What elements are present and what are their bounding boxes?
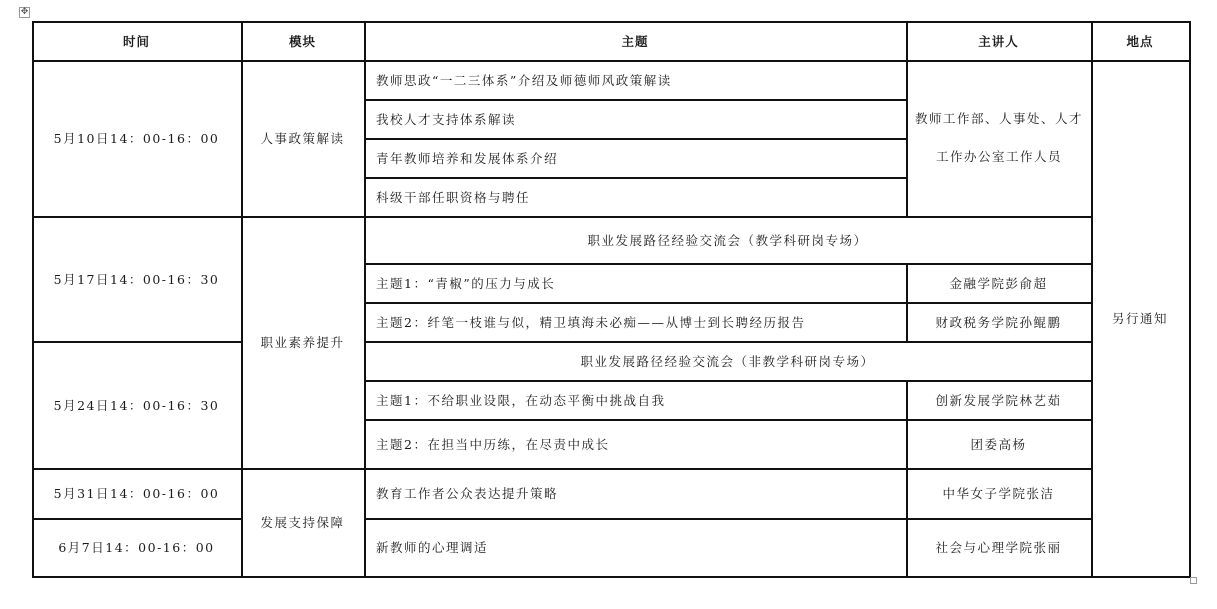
- speaker-cell: 金融学院彭俞超: [906, 263, 1091, 302]
- border: [32, 576, 1190, 578]
- header-time: 时间: [32, 21, 241, 60]
- topic-cell: 青年教师培养和发展体系介绍: [364, 138, 906, 177]
- location-cell: 另行通知: [1091, 60, 1189, 576]
- time-cell: 5月24日14：00-16：30: [32, 341, 241, 468]
- module-cell: 人事政策解读: [241, 60, 364, 216]
- border: [1189, 21, 1191, 577]
- time-cell: 5月10日14：00-16：00: [32, 60, 241, 216]
- section-title: 职业发展路径经验交流会（教学科研岗专场）: [364, 216, 1091, 263]
- speaker-cell: 创新发展学院林艺茹: [906, 380, 1091, 419]
- topic-cell: 主题1：不给职业设限，在动态平衡中挑战自我: [364, 380, 906, 419]
- topic-cell: 我校人才支持体系解读: [364, 99, 906, 138]
- header-speaker: 主讲人: [906, 21, 1091, 60]
- module-cell: 发展支持保障: [241, 468, 364, 576]
- time-cell: 5月31日14：00-16：00: [32, 468, 241, 518]
- topic-cell: 新教师的心理调适: [364, 518, 906, 576]
- topic-cell: 科级干部任职资格与聘任: [364, 177, 906, 216]
- speaker-cell: 社会与心理学院张丽: [906, 518, 1091, 576]
- topic-cell: 主题2：纤笔一枝谁与似，精卫填海未必痴——从博士到长聘经历报告: [364, 302, 906, 341]
- table-move-handle-icon[interactable]: ✥: [19, 7, 30, 18]
- time-cell: 5月17日14：00-16：30: [32, 216, 241, 341]
- speaker-cell: 中华女子学院张洁: [906, 468, 1091, 518]
- section-title: 职业发展路径经验交流会（非教学科研岗专场）: [364, 341, 1091, 380]
- topic-cell: 主题1：“青椒”的压力与成长: [364, 263, 906, 302]
- header-module: 模块: [241, 21, 364, 60]
- header-topic: 主题: [364, 21, 906, 60]
- header-location: 地点: [1091, 21, 1189, 60]
- topic-cell: 主题2：在担当中历练，在尽责中成长: [364, 419, 906, 468]
- topic-cell: 教师思政“一二三体系”介绍及师德师风政策解读: [364, 60, 906, 99]
- table-resize-handle[interactable]: [1190, 577, 1197, 584]
- topic-cell: 教育工作者公众表达提升策略: [364, 468, 906, 518]
- time-cell: 6月7日14：00-16：00: [32, 518, 241, 576]
- speaker-cell: 财政税务学院孙鲲鹏: [906, 302, 1091, 341]
- module-cell: 职业素养提升: [241, 216, 364, 468]
- speaker-cell: 团委高杨: [906, 419, 1091, 468]
- speaker-cell: 教师工作部、人事处、人才工作办公室工作人员: [914, 60, 1084, 216]
